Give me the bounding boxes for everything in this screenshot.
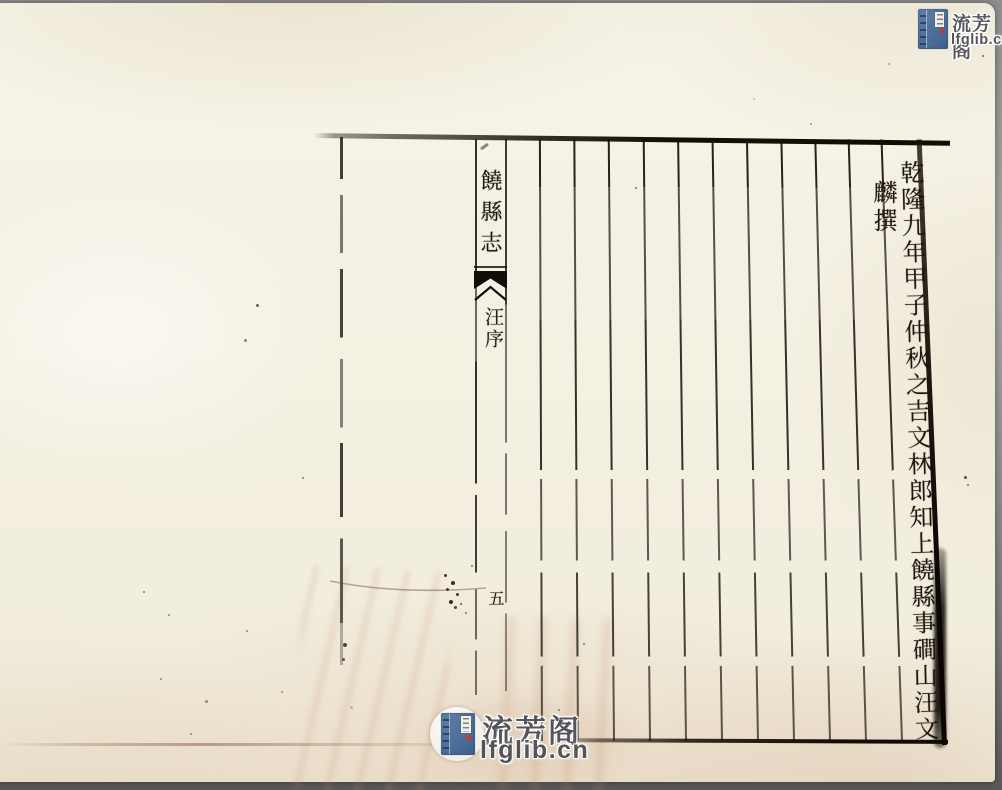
ink-speckle [444, 574, 447, 577]
ink-speckle [190, 733, 192, 735]
ink-speckle [967, 484, 969, 486]
ink-speckle [168, 614, 170, 616]
ink-speckle [302, 477, 304, 479]
ink-speckle [342, 658, 345, 661]
book-title-label [935, 12, 944, 27]
red-seal [940, 29, 944, 33]
ink-speckle [810, 123, 812, 125]
ink-speckle [471, 565, 473, 567]
ink-speckle [460, 603, 462, 605]
frame-top-border [314, 133, 950, 146]
column-rule [814, 139, 831, 741]
ink-speckle [205, 700, 208, 703]
colophon-signature: 麟撰 [860, 160, 900, 255]
column-rule [712, 139, 723, 741]
ink-speckle [753, 98, 755, 100]
ink-speckle [888, 63, 890, 65]
ink-speckle [635, 187, 637, 189]
column-rule [746, 139, 759, 741]
scanned-page-photo: 饒縣志 汪序 五 乾隆九年甲子仲秋之吉文林郎知上饒縣事磵山汪文 麟撰 流芳阁 l… [0, 0, 1002, 790]
paper-sheet: 饒縣志 汪序 五 乾隆九年甲子仲秋之吉文林郎知上饒縣事磵山汪文 麟撰 [0, 3, 995, 782]
ink-speckle [343, 643, 347, 647]
fishtail-mark-icon [474, 266, 507, 302]
watermark-site-url: lfglib.cn [951, 32, 1002, 48]
ink-speckle [583, 643, 585, 645]
red-seal [466, 735, 471, 740]
watermark-badge [430, 707, 484, 761]
page-number: 五 [484, 587, 506, 609]
ink-speckle [449, 600, 453, 604]
ink-speckle [244, 339, 247, 342]
ink-speckle [143, 591, 145, 593]
watermark-site-url: lfglib.cn [480, 736, 589, 765]
ink-speckle [256, 304, 259, 307]
book-icon [918, 9, 948, 49]
ink-speckle [350, 706, 353, 709]
ink-smudge [480, 143, 489, 151]
ink-speckle [454, 606, 457, 609]
ink-speckle [281, 691, 283, 693]
ink-speckle [160, 678, 162, 680]
ink-speckle [246, 630, 248, 632]
ink-speckle [465, 612, 467, 614]
spine-book-title: 饒縣志 [474, 153, 506, 278]
ink-speckle [446, 588, 449, 591]
ink-speckle [456, 593, 459, 596]
book-icon [441, 713, 475, 755]
verso-bottom-edge [328, 571, 490, 599]
column-rule [780, 139, 795, 741]
book-title-label [461, 716, 471, 733]
spine-section-label: 汪序 [476, 299, 506, 359]
column-rule [643, 139, 651, 741]
column-rule [677, 139, 687, 741]
book-binding-stitches [920, 10, 927, 48]
book-binding-stitches [443, 714, 450, 754]
ink-speckle [451, 581, 455, 585]
ink-speckle [964, 476, 967, 479]
